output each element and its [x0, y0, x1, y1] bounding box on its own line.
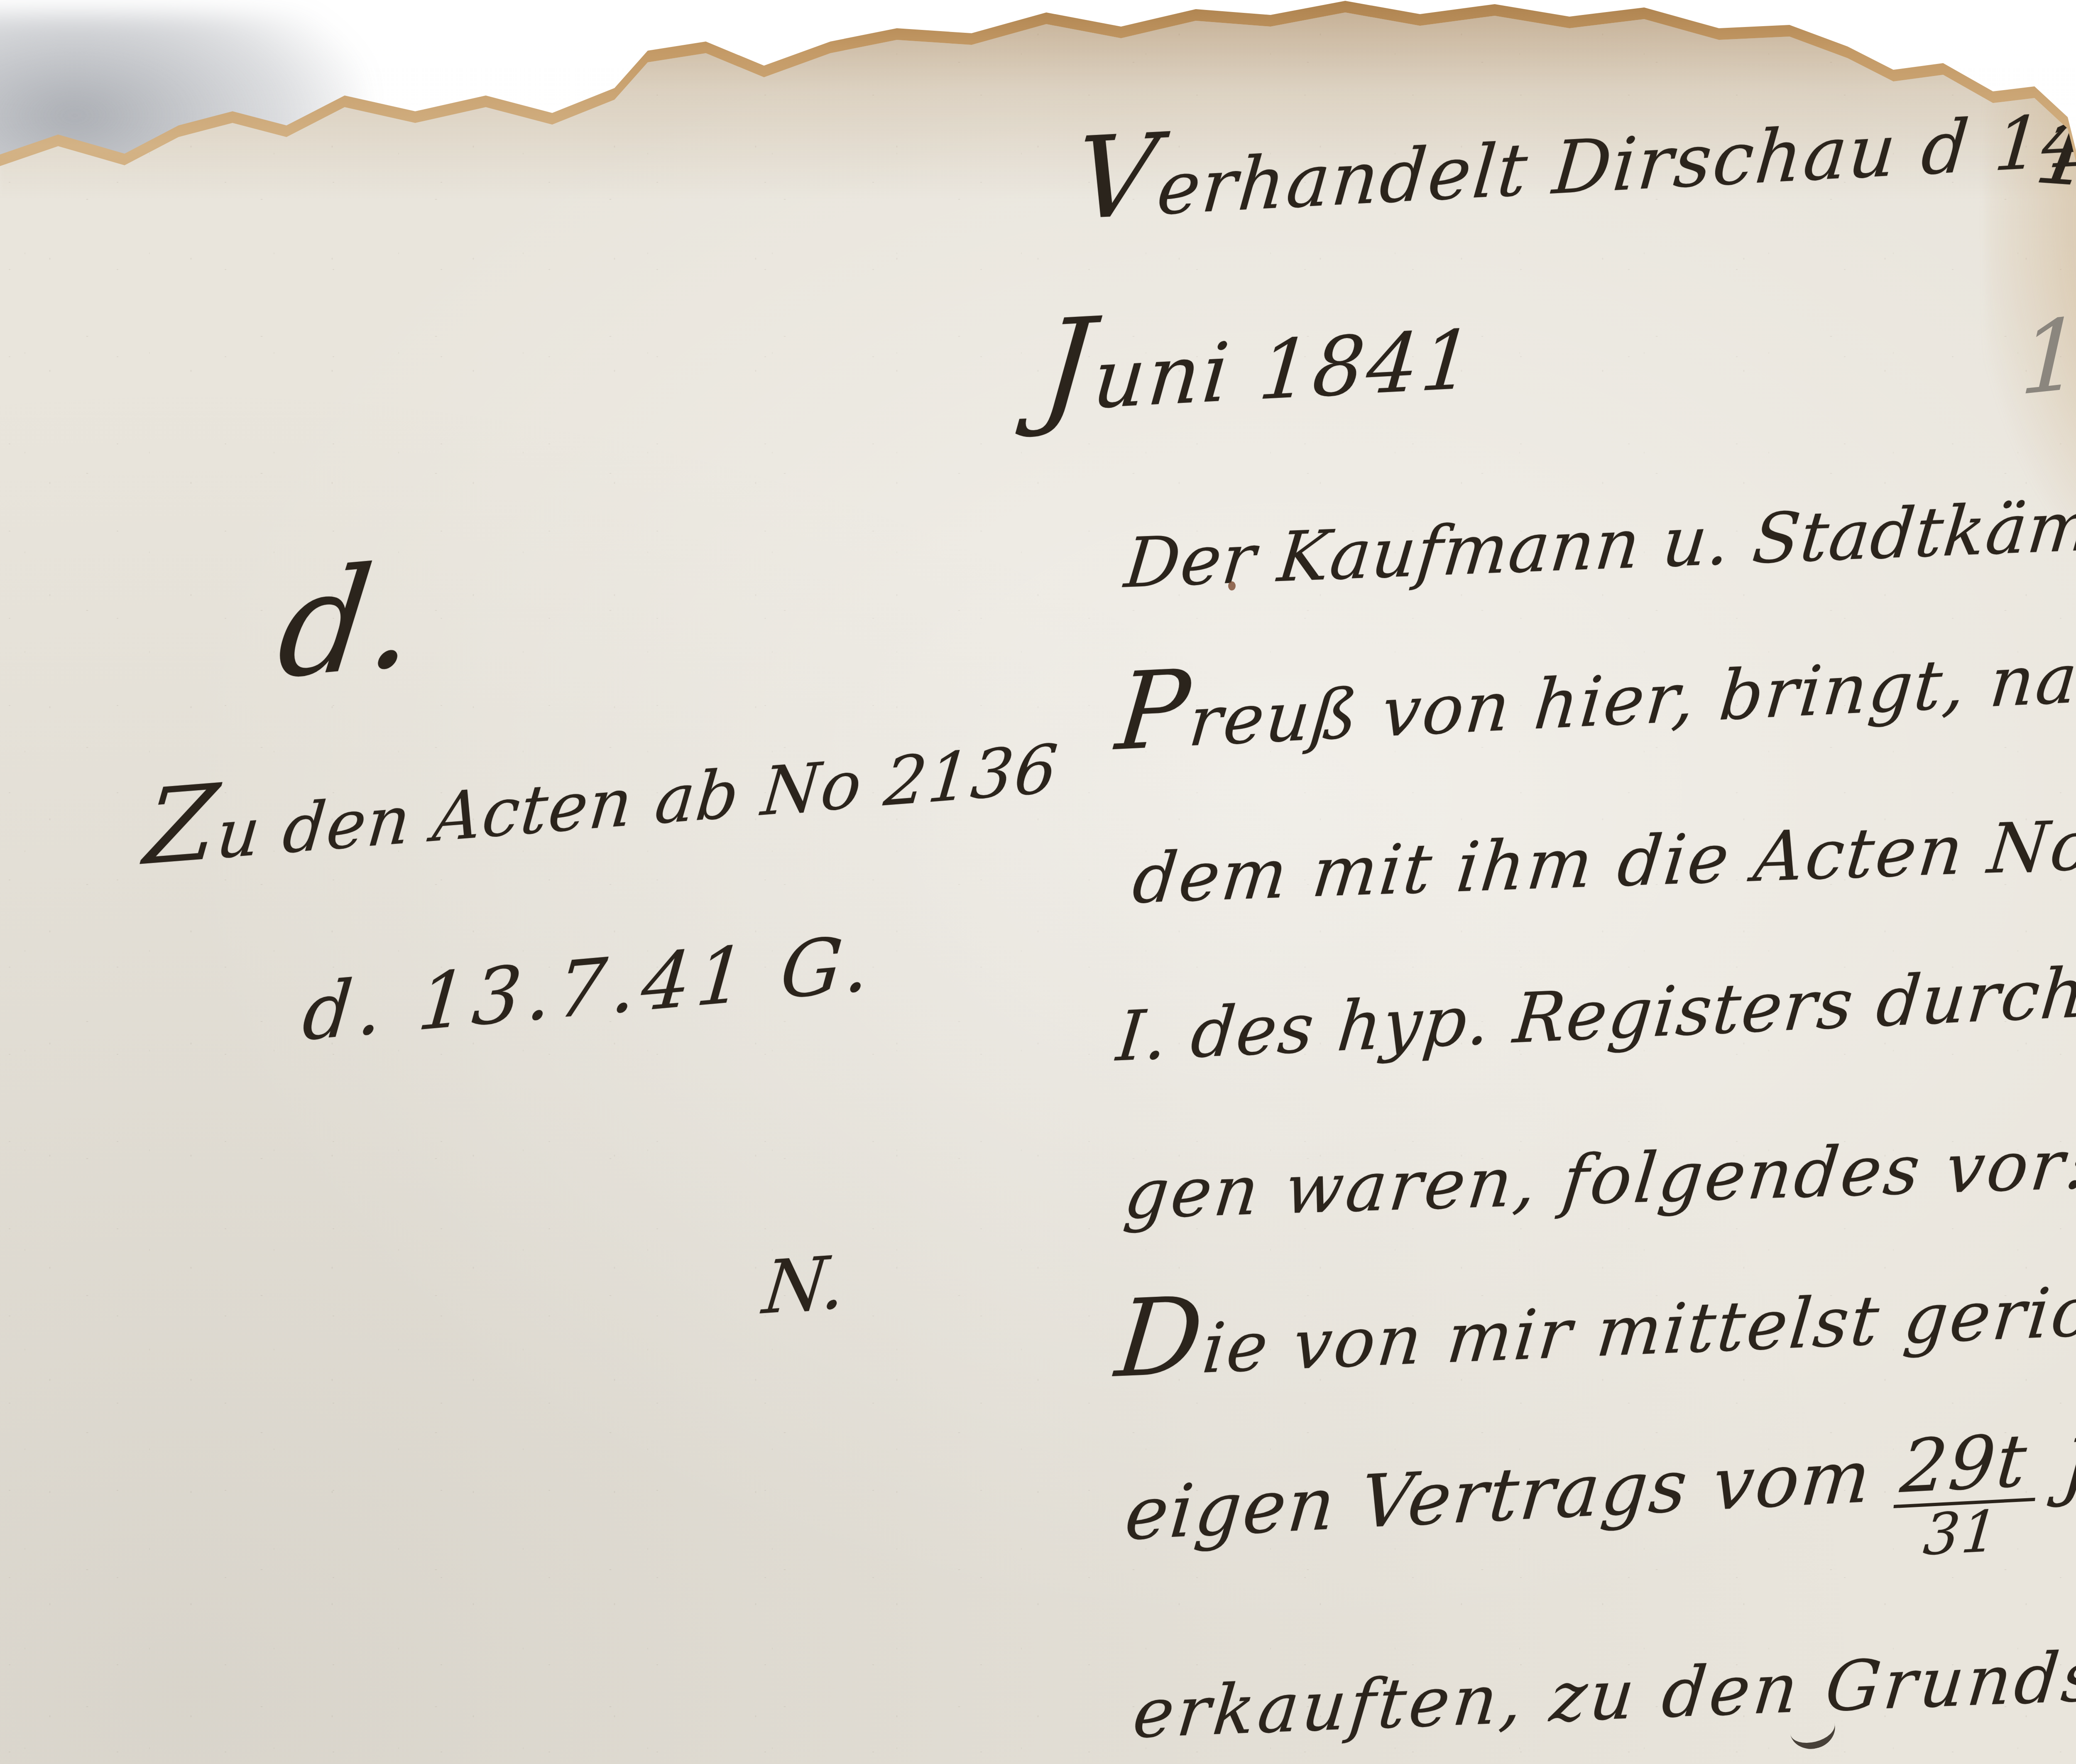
margin-initial: N.	[759, 1240, 850, 1331]
photo-scene: 18. 1844 Verhandelt Dirschau d 14t Juni …	[0, 0, 2076, 1764]
body-line-7-prefix: eigen Vertrags vom	[1122, 1434, 1875, 1557]
body-line-2: Preuß von hier, bringt, nach	[1113, 622, 2076, 766]
body-line-4: I. des hyp. Registers durchgegan-	[1114, 941, 2076, 1077]
margin-mark: d.	[270, 532, 426, 711]
body-line-3: dem mit ihm die Acten No 238	[1129, 800, 2076, 919]
body-line-7: eigen Vertrags vom 29t 31 Juli z	[1118, 1415, 2076, 1603]
body-line-7-suffix: Juli z	[2059, 1415, 2076, 1509]
date-fraction: 29t 31	[1888, 1426, 2042, 1564]
ink-fleck	[1228, 581, 1236, 590]
body-line-5: gen waren, folgendes vor:	[1121, 1124, 2076, 1235]
body-line-8: erkauften, zu den Grundstück	[1129, 1630, 2076, 1754]
margin-date-note: d. 13.7.41 G.	[299, 917, 879, 1058]
body-line-1: Der Kaufmann u. Stadtkämmerer	[1121, 478, 2076, 603]
body-line-6: Die von mir mittelst gericht.	[1112, 1254, 2076, 1392]
date-fraction-denominator: 31	[1922, 1504, 2002, 1563]
margin-filing-note: Zu den Acten ab No 2136	[141, 717, 1063, 880]
header-line-2: Juni 1841	[1037, 297, 1481, 429]
manuscript-paper: 18. 1844 Verhandelt Dirschau d 14t Juni …	[0, 0, 2076, 1764]
date-fraction-numerator: 29t	[1893, 1426, 2042, 1509]
